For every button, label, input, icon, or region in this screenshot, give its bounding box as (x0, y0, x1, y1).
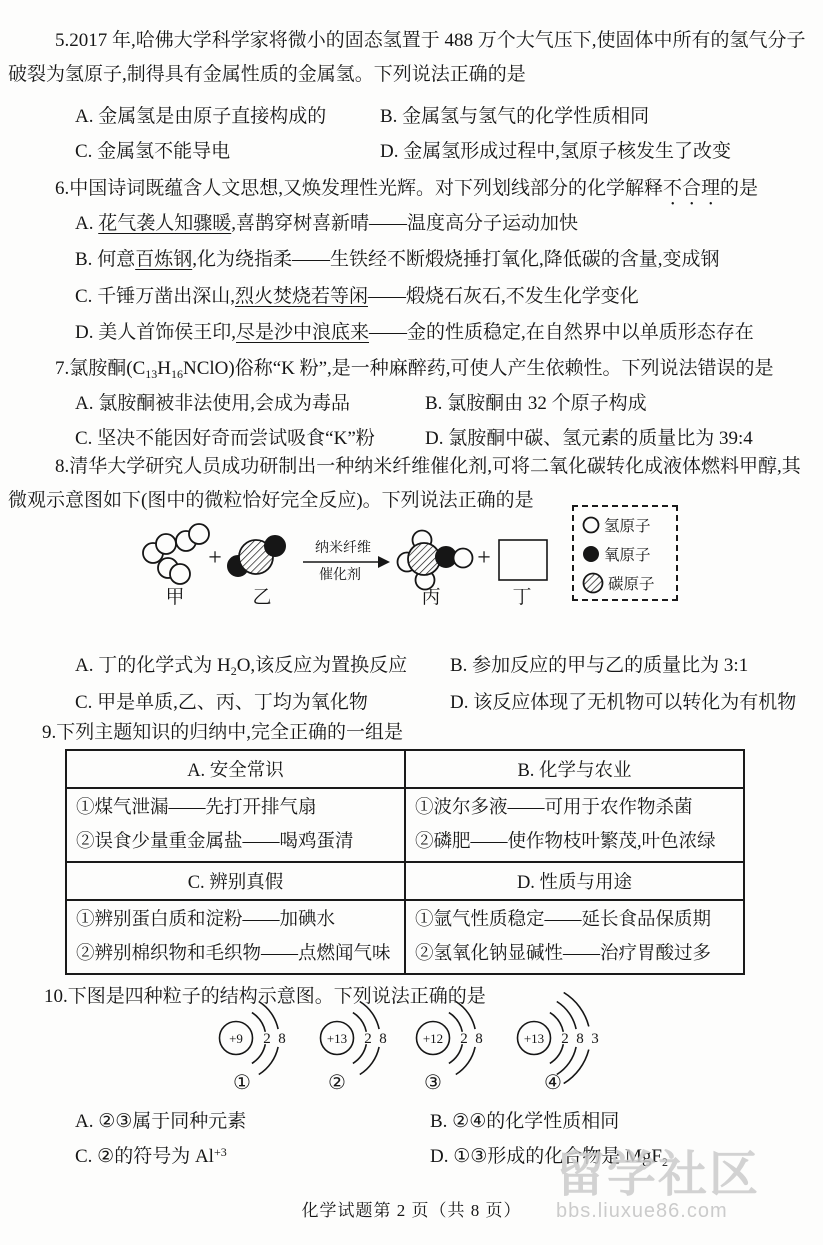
q5-option-c: C. 金属氢不能导电 (75, 136, 230, 163)
reaction-diagram: + 纳米纤维 催化剂 + 甲 乙 丙 丁 (120, 512, 560, 612)
svg-text:8: 8 (278, 1031, 286, 1047)
oxygen-atom-icon (582, 545, 600, 563)
legend-oxygen-row: 氧原子 (582, 543, 670, 565)
q7-option-b: B. 氯胺酮由 32 个原子构成 (425, 388, 647, 415)
particle-label-4: ④ (540, 1070, 566, 1095)
q9-stem: 9.下列主题知识的归纳中,完全正确的一组是 (42, 716, 403, 750)
label-bing: 丙 (421, 586, 440, 608)
svg-text:+12: +12 (423, 1031, 443, 1046)
plus-sign: + (208, 545, 222, 571)
svg-text:+13: +13 (327, 1031, 347, 1046)
carbon-atom-icon (582, 572, 604, 594)
q5-stem: 5.2017 年,哈佛大学科学家将微小的固态氢置于 488 万个大气压下,使固体… (8, 24, 814, 92)
arrow-top-label: 纳米纤维 (315, 539, 371, 556)
svg-text:8: 8 (475, 1031, 483, 1047)
q6-option-a: A. 花气袭人知骤暖,喜鹊穿树喜新晴——温度高分子运动加快 (75, 208, 578, 235)
legend-carbon-row: 碳原子 (582, 572, 670, 594)
q9-table-cell-a: ①煤气泄漏——先打开排气扇 ②误食少量重金属盐——喝鸡蛋清 (66, 788, 405, 862)
svg-text:8: 8 (576, 1031, 584, 1047)
q9-table-cell-d: ①氩气性质稳定——延长食品保质期 ②氢氧化钠显碱性——治疗胃酸过多 (405, 900, 744, 974)
q6-option-d: D. 美人首饰侯王印,尽是沙中浪底来——金的性质稳定,在自然界中以单质形态存在 (75, 317, 754, 344)
exam-page: 5.2017 年,哈佛大学科学家将微小的固态氢置于 488 万个大气压下,使固体… (0, 0, 823, 1245)
particle-label-1: ① (229, 1070, 255, 1095)
q7-option-c: C. 坚决不能因好奇而尝试吸食“K”粉 (75, 423, 375, 450)
q9-table-header-d: D. 性质与用途 (405, 862, 744, 900)
q7-stem: 7.氯胺酮(C13H16NClO)俗称“K 粉”,是一种麻醉药,可使人产生依赖性… (55, 352, 774, 391)
q6-option-c: C. 千锤万凿出深山,烈火焚烧若等闲——煅烧石灰石,不发生化学变化 (75, 281, 639, 308)
q8-option-d: D. 该反应体现了无机物可以转化为有机物 (450, 687, 796, 714)
carbon-dioxide-molecule (228, 536, 286, 577)
svg-text:+9: +9 (229, 1031, 243, 1046)
q10-option-a: A. ②③属于同种元素 (75, 1106, 246, 1133)
q9-table-cell-c: ①辨别蛋白质和淀粉——加碘水 ②辨别棉织物和毛织物——点燃闻气味 (66, 900, 405, 974)
q5-option-b: B. 金属氢与氢气的化学性质相同 (380, 101, 649, 128)
q6-stem-emphasis: 不合理 (663, 178, 720, 199)
q6-option-b: B. 何意百炼钢,化为绕指柔——生铁经不断煅烧捶打氧化,降低碳的含量,变成钢 (75, 244, 719, 271)
q10-option-c: C. ②的符号为 Al+3 (75, 1141, 227, 1168)
q9-table-header-a: A. 安全常识 (66, 750, 405, 788)
watermark: 留学社区 bbs.liuxue86.com (556, 1150, 760, 1222)
q9-table-header-b: B. 化学与农业 (405, 750, 744, 788)
svg-text:8: 8 (379, 1031, 387, 1047)
svg-text:2: 2 (263, 1031, 271, 1047)
q5-option-d: D. 金属氢形成过程中,氢原子核发生了改变 (380, 136, 731, 163)
plus-sign: + (477, 545, 491, 571)
hydrogen-molecules-group (143, 524, 209, 584)
q8-option-a: A. 丁的化学式为 H2O,该反应为置换反应 (75, 650, 407, 679)
legend-hydrogen-row: 氢原子 (582, 514, 670, 536)
particle-diagram-1: +9 2 8 (212, 992, 307, 1084)
particle-label-3: ③ (420, 1070, 446, 1095)
q9-table-cell-b: ①波尔多液——可用于农作物杀菌 ②磷肥——使作物枝叶繁茂,叶色浓绿 (405, 788, 744, 862)
watermark-url: bbs.liuxue86.com (556, 1201, 760, 1222)
atom-legend: 氢原子 氧原子 碳原子 (572, 505, 678, 601)
q5-option-a: A. 金属氢是由原子直接构成的 (75, 101, 326, 128)
arrow-bottom-label: 催化剂 (319, 566, 361, 583)
watermark-site-name: 留学社区 (556, 1150, 760, 1201)
svg-text:2: 2 (460, 1031, 468, 1047)
q8-stem: 8.清华大学研究人员成功研制出一种纳米纤维催化剂,可将二氧化碳转化成液体燃料甲醇… (8, 450, 814, 518)
q7-option-d: D. 氯胺酮中碳、氢元素的质量比为 39:4 (425, 423, 753, 450)
label-jia: 甲 (165, 587, 184, 608)
q6-stem: 6.中国诗词既蕴含人文思想,又焕发理性光辉。对下列划线部分的化学解释不合理的是 (55, 172, 758, 210)
unknown-product-box (499, 540, 547, 580)
label-yi: 乙 (252, 587, 271, 608)
reaction-arrow: 纳米纤维 催化剂 (303, 539, 390, 583)
label-ding: 丁 (512, 587, 531, 608)
svg-text:+13: +13 (524, 1031, 544, 1046)
svg-text:3: 3 (591, 1031, 599, 1047)
q8-option-c: C. 甲是单质,乙、丙、丁均为氧化物 (75, 687, 368, 714)
q7-option-a: A. 氯胺酮被非法使用,会成为毒品 (75, 388, 350, 415)
methanol-molecule (398, 531, 473, 590)
particle-label-2: ② (324, 1070, 350, 1095)
q8-option-b: B. 参加反应的甲与乙的质量比为 3:1 (450, 650, 748, 677)
svg-text:2: 2 (364, 1031, 372, 1047)
hydrogen-atom-icon (582, 516, 600, 534)
svg-text:2: 2 (561, 1031, 569, 1047)
q10-option-b: B. ②④的化学性质相同 (430, 1106, 619, 1133)
particle-diagram-4: +13 2 8 3 (510, 992, 622, 1084)
q9-table: A. 安全常识 B. 化学与农业 ①煤气泄漏——先打开排气扇 ②误食少量重金属盐… (65, 749, 745, 975)
q9-table-header-c: C. 辨别真假 (66, 862, 405, 900)
